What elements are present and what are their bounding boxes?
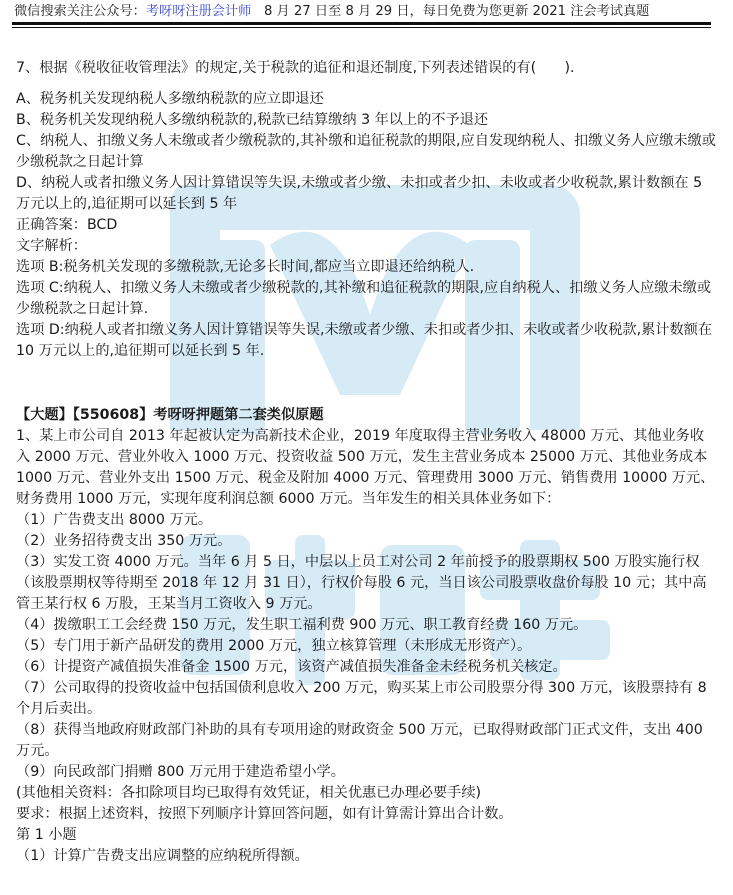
option-c: C、纳税人、扣缴义务人未缴或者少缴税款的,其补缴和追征税款的期限,应自发现纳税人… bbox=[16, 131, 716, 173]
sub-question-title: 第 1 小题 bbox=[16, 825, 716, 846]
item-5: （5）专门用于新产品研发的费用 2000 万元，独立核算管理（未形成无形资产）。 bbox=[16, 636, 716, 657]
document-content: 7、根据《税收征收管理法》的规定,关于税款的追征和退还制度,下列表述错误的有( … bbox=[16, 58, 716, 867]
big-question-intro: 1、某上市公司自 2013 年起被认定为高新技术企业，2019 年度取得主营业务… bbox=[16, 426, 716, 510]
item-9: （9）向民政部门捐赠 800 万元用于建造希望小学。 bbox=[16, 762, 716, 783]
item-7: （7）公司取得的投资收益中包括国债利息收入 200 万元，购买某上市公司股票分得… bbox=[16, 678, 716, 720]
header-brand-link[interactable]: 考呀呀注册会计师 bbox=[146, 4, 252, 19]
supplementary-note: (其他相关资料：各扣除项目均已取得有效凭证，相关优惠已办理必要手续) bbox=[16, 783, 716, 804]
header-rule-thick bbox=[12, 22, 711, 25]
requirement: 要求：根据上述资料，按照下列顺序计算回答问题，如有计算需计算出合计数。 bbox=[16, 804, 716, 825]
item-1: （1）广告费支出 8000 万元。 bbox=[16, 510, 716, 531]
item-3: （3）实发工资 4000 万元。当年 6 月 5 日，中层以上员工对公司 2 年… bbox=[16, 552, 716, 615]
analysis-label: 文字解析： bbox=[16, 236, 716, 257]
header-prefix: 微信搜索关注公众号： bbox=[14, 4, 146, 19]
question-7-title: 7、根据《税收征收管理法》的规定,关于税款的追征和退还制度,下列表述错误的有( … bbox=[16, 58, 716, 79]
analysis-d: 选项 D:纳税人或者扣缴义务人因计算错误等失误,未缴或者少缴、未扣或者少扣、未收… bbox=[16, 320, 716, 362]
sub-question-1: （1）计算广告费支出应调整的应纳税所得额。 bbox=[16, 846, 716, 867]
answer-label: 正确答案： bbox=[16, 217, 87, 233]
item-4: （4）拨缴职工工会经费 150 万元，发生职工福利费 900 万元、职工教育经费… bbox=[16, 615, 716, 636]
option-a: A、税务机关发现纳税人多缴纳税款的应立即退还 bbox=[16, 89, 716, 110]
big-question-heading: 【大题】【550608】考呀呀押题第二套类似原题 bbox=[16, 405, 716, 426]
page-header: 微信搜索关注公众号：考呀呀注册会计师 8 月 27 日至 8 月 29 日，每日… bbox=[14, 3, 719, 21]
item-6: （6）计提资产减值损失准备金 1500 万元，该资产减值损失准备金未经税务机关核… bbox=[16, 657, 716, 678]
option-d: D、纳税人或者扣缴义务人因计算错误等失误,未缴或者少缴、未扣或者少扣、未收或者少… bbox=[16, 173, 716, 215]
item-8: （8）获得当地政府财政部门补助的具有专项用途的财政资金 500 万元，已取得财政… bbox=[16, 720, 716, 762]
header-rule-thin bbox=[12, 27, 711, 28]
analysis-b: 选项 B:税务机关发现的多缴税款,无论多长时间,都应当立即退还给纳税人. bbox=[16, 257, 716, 278]
item-2: （2）业务招待费支出 350 万元。 bbox=[16, 531, 716, 552]
option-b: B、税务机关发现纳税人多缴纳税款的,税款已结算缴纳 3 年以上的不予退还 bbox=[16, 110, 716, 131]
section-gap bbox=[16, 362, 716, 405]
answer-value: BCD bbox=[87, 217, 117, 233]
correct-answer: 正确答案：BCD bbox=[16, 215, 716, 236]
analysis-c: 选项 C:纳税人、扣缴义务人未缴或者少缴税款的,其补缴和追征税款的期限,应自纳税… bbox=[16, 278, 716, 320]
header-update-notice: 8 月 27 日至 8 月 29 日，每日免费为您更新 2021 注会考试真题 bbox=[264, 4, 649, 19]
